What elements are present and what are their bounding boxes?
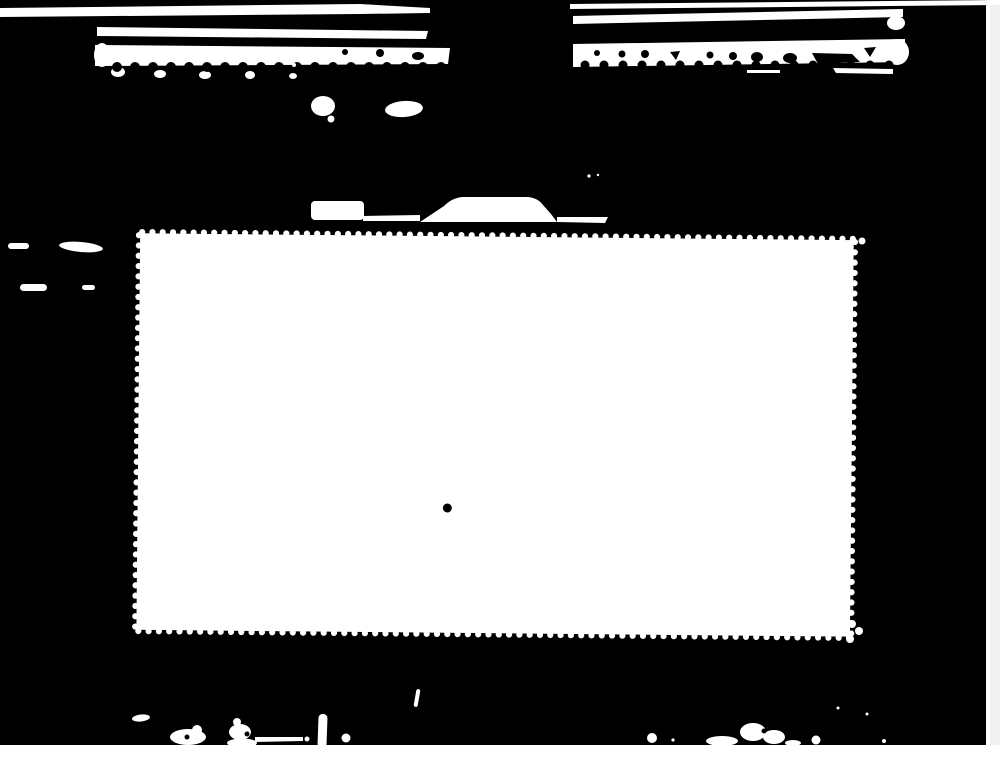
screen-scallop-top: [726, 235, 732, 241]
screen-scallop-top: [252, 230, 258, 236]
screen-scallop-right: [851, 373, 857, 379]
screen-scallop-left: [133, 490, 139, 496]
speck: [671, 738, 674, 741]
screen-scallop-bottom: [588, 632, 594, 638]
screen-scallop-top: [232, 230, 238, 236]
screen-scallop-bottom: [156, 628, 162, 634]
floor-blob-knob: [192, 725, 202, 735]
screen-scallop-bottom: [341, 630, 347, 636]
screen-group: [132, 229, 858, 641]
screen-scallop-top: [293, 230, 299, 236]
screen-scallop-left: [136, 263, 142, 269]
screen-scallop-bottom: [166, 628, 172, 634]
left-rail-hole: [376, 49, 384, 57]
screen-scallop-left: [133, 541, 139, 547]
screen-surface: [136, 233, 853, 636]
screen-scallop-left: [135, 366, 141, 372]
screen-black-dot: [443, 503, 452, 512]
ceiling-lamp-blob-left: [311, 96, 335, 116]
screen-scallop-bottom: [743, 634, 749, 640]
right-rail-tooth-notch: [866, 61, 875, 70]
screen-scallop-bottom: [310, 630, 316, 636]
mesa-connector-line: [363, 215, 420, 221]
screen-scallop-bottom: [557, 632, 563, 638]
screen-scallop-bottom: [238, 629, 244, 635]
screen-scallop-top: [335, 231, 341, 237]
screen-scallop-left: [136, 242, 142, 248]
screen-scallop-bottom: [681, 633, 687, 639]
screen-scallop-top: [324, 231, 330, 237]
right-rail-sliver: [833, 68, 893, 74]
screen-scallop-top: [664, 234, 670, 240]
screen-scallop-top: [355, 231, 361, 237]
speck: [837, 707, 840, 710]
screen-scallop-bottom: [331, 630, 337, 636]
screen-scallop-left: [135, 325, 141, 331]
screen-scallop-bottom: [578, 632, 584, 638]
screen-scallop-left: [133, 479, 139, 485]
speck: [292, 63, 296, 67]
screen-scallop-bottom: [609, 632, 615, 638]
left-rail-tooth-notch: [436, 62, 446, 72]
screen-scallop-bottom: [465, 631, 471, 637]
screen-scallop-bottom: [259, 629, 265, 635]
screen-scallop-left: [134, 459, 140, 465]
right-rail-hole: [783, 53, 797, 63]
mesa-mound: [420, 197, 557, 222]
left-dash: [20, 284, 47, 291]
screen-scallop-left: [135, 345, 141, 351]
screen-scallop-top: [489, 232, 495, 238]
screen-scallop-top: [839, 236, 845, 242]
screen-scallop-left: [133, 562, 139, 568]
screen-scallop-top: [675, 234, 681, 240]
left-rail-drip: [245, 71, 255, 79]
screen-scallop-bottom: [197, 628, 203, 634]
left-rail-tooth-notch: [148, 62, 158, 72]
screen-corner-blob: [846, 635, 854, 643]
bottom-margin-band: [0, 745, 1000, 758]
screen-scallop-bottom: [218, 629, 224, 635]
screen-scallop-bottom: [702, 633, 708, 639]
screen-scallop-left: [135, 294, 141, 300]
top-strip-right: [570, 0, 1000, 9]
right-rail-thin-end: [887, 16, 905, 30]
screen-scallop-top: [283, 230, 289, 236]
left-rail-tooth-notch: [202, 62, 212, 72]
screen-scallop-top: [736, 235, 742, 241]
screen-scallop-top: [829, 236, 835, 242]
screen-corner-blob: [855, 627, 863, 635]
screen-scallop-bottom: [547, 632, 553, 638]
screen-scallop-top: [808, 235, 814, 241]
screen-scallop-top: [716, 234, 722, 240]
screen-scallop-top: [685, 234, 691, 240]
screen-scallop-bottom: [145, 628, 151, 634]
left-rail-thin: [97, 27, 428, 39]
speck: [597, 174, 599, 176]
floor-blob-hole: [762, 729, 767, 734]
screen-scallop-left: [134, 417, 140, 423]
screen-scallop-left: [134, 438, 140, 444]
screen-scallop-top: [407, 231, 413, 237]
screen-scallop-top: [572, 233, 578, 239]
right-rail-hole: [594, 50, 600, 56]
screen-scallop-top: [747, 235, 753, 241]
screen-scallop-right: [851, 270, 857, 276]
left-rail-tooth-notch: [184, 62, 194, 72]
screen-scallop-right: [851, 332, 857, 338]
screen-scallop-left: [134, 376, 140, 382]
screen-scallop-right: [850, 393, 856, 399]
screen-scallop-top: [427, 232, 433, 238]
right-rail-tooth-notch: [695, 61, 704, 70]
screen-scallop-top: [819, 235, 825, 241]
right-rail-tooth-notch: [581, 61, 590, 70]
screen-scallop-left: [136, 232, 142, 238]
screen-scallop-bottom: [300, 629, 306, 635]
screen-scallop-top: [201, 230, 207, 236]
screen-scallop-bottom: [630, 633, 636, 639]
screen-scallop-top: [695, 234, 701, 240]
screen-scallop-top: [499, 232, 505, 238]
screen-scallop-right: [850, 476, 856, 482]
screen-scallop-top: [623, 234, 629, 240]
screen-scallop-top: [757, 235, 763, 241]
screen-scallop-bottom: [372, 630, 378, 636]
screen-scallop-bottom: [516, 632, 522, 638]
right-rail-tooth-notch: [714, 61, 723, 70]
screen-scallop-right: [851, 290, 857, 296]
floor-blob: [763, 730, 785, 744]
screen-scallop-right: [850, 404, 856, 410]
screen-scallop-left: [133, 520, 139, 526]
left-rail-drip: [199, 71, 211, 79]
screen-scallop-top: [180, 229, 186, 235]
screen-scallop-bottom: [599, 632, 605, 638]
screen-scallop-right: [848, 610, 854, 616]
screen-scallop-right: [849, 517, 855, 523]
left-rail-tooth-notch: [256, 62, 266, 72]
screen-scallop-top: [314, 231, 320, 237]
floor-blob-tail: [785, 740, 801, 746]
screen-scallop-bottom: [691, 633, 697, 639]
screen-scallop-top: [417, 232, 423, 238]
screen-scallop-bottom: [444, 631, 450, 637]
right-rail-tooth-notch: [657, 61, 666, 70]
floor-dot: [647, 733, 657, 743]
right-rail-tooth-notch: [619, 61, 628, 70]
screen-scallop-top: [170, 229, 176, 235]
screen-scallop-top: [458, 232, 464, 238]
screen-scallop-right: [849, 558, 855, 564]
screen-scallop-top: [510, 232, 516, 238]
screen-scallop-bottom: [475, 631, 481, 637]
right-rail-tooth-notch: [771, 61, 780, 70]
screen-corner-blob: [848, 620, 856, 628]
speck: [587, 174, 590, 177]
ceiling-lamp-blob-right: [384, 100, 423, 119]
left-rail-end-drip: [94, 43, 110, 67]
screen-scallop-bottom: [722, 634, 728, 640]
screen-scallop-top: [633, 234, 639, 240]
screen-scallop-left: [134, 469, 140, 475]
screen-scallop-right: [849, 486, 855, 492]
right-margin-line: [986, 4, 990, 754]
left-rail-tooth-notch: [400, 62, 410, 72]
screen-scallop-top: [541, 233, 547, 239]
right-rail-sliver: [747, 70, 780, 73]
screen-scallop-bottom: [784, 634, 790, 640]
screen-corner-dot: [859, 238, 866, 245]
screen-scallop-left: [134, 387, 140, 393]
screen-scallop-right: [852, 239, 858, 245]
screen-scallop-bottom: [660, 633, 666, 639]
screen-scallop-bottom: [382, 630, 388, 636]
left-rail-tooth-notch: [274, 62, 284, 72]
screen-scallop-top: [613, 233, 619, 239]
floor-line: [255, 737, 303, 742]
screen-scallop-top: [561, 233, 567, 239]
screen-scallop-right: [851, 311, 857, 317]
screen-scallop-left: [134, 428, 140, 434]
screen-scallop-top: [448, 232, 454, 238]
screen-scallop-bottom: [207, 629, 213, 635]
screen-scallop-bottom: [640, 633, 646, 639]
screen-scallop-bottom: [568, 632, 574, 638]
screen-scallop-bottom: [496, 631, 502, 637]
left-rail-tooth-notch: [166, 62, 176, 72]
screen-scallop-right: [851, 342, 857, 348]
screen-scallop-right: [849, 507, 855, 513]
screen-scallop-top: [221, 230, 227, 236]
screen-scallop-bottom: [424, 631, 430, 637]
screen-scallop-bottom: [671, 633, 677, 639]
screen-scallop-top: [376, 231, 382, 237]
screen-scallop-bottom: [413, 631, 419, 637]
screen-scallop-top: [438, 232, 444, 238]
screen-scallop-bottom: [393, 630, 399, 636]
screen-scallop-right: [851, 363, 857, 369]
screen-scallop-left: [135, 335, 141, 341]
mesa-right-line: [557, 217, 608, 223]
floor-dot: [305, 737, 310, 742]
screen-scallop-bottom: [815, 634, 821, 640]
screen-scallop-bottom: [187, 628, 193, 634]
left-rail-tooth-notch: [418, 62, 428, 72]
ceiling-lamp-dot: [328, 116, 335, 123]
screen-scallop-top: [386, 231, 392, 237]
floor-tick: [413, 689, 420, 707]
floor-blob: [706, 736, 738, 746]
screen-scallop-right: [850, 466, 856, 472]
screen-scallop-top: [582, 233, 588, 239]
screen-scallop-right: [851, 301, 857, 307]
screen-scallop-right: [850, 383, 856, 389]
left-rail-tooth-notch: [364, 62, 374, 72]
mesa-left-block: [311, 201, 364, 220]
screen-scallop-top: [242, 230, 248, 236]
screen-scallop-right: [851, 321, 857, 327]
screen-scallop-left: [133, 500, 139, 506]
speck: [882, 739, 886, 743]
screen-scallop-bottom: [733, 634, 739, 640]
left-rail-tooth-notch: [382, 62, 392, 72]
scene-svg: [0, 0, 1000, 758]
screen-scallop-left: [135, 304, 141, 310]
screen-scallop-top: [479, 232, 485, 238]
screen-scallop-left: [135, 273, 141, 279]
screen-scallop-top: [160, 229, 166, 235]
screen-scallop-bottom: [527, 632, 533, 638]
floor-blob-knob: [233, 718, 241, 726]
screen-scallop-right: [849, 579, 855, 585]
screen-scallop-bottom: [712, 633, 718, 639]
right-rail-tooth-notch: [885, 61, 894, 70]
screen-scallop-bottom: [506, 631, 512, 637]
screen-scallop-left: [132, 623, 138, 629]
left-rail-drip: [154, 70, 166, 78]
screen-scallop-bottom: [794, 634, 800, 640]
right-rail-tooth-notch: [600, 61, 609, 70]
screen-scallop-left: [133, 510, 139, 516]
screen-scallop-top: [644, 234, 650, 240]
screen-scallop-right: [848, 599, 854, 605]
screen-scallop-top: [520, 233, 526, 239]
right-rail-hole: [751, 52, 763, 62]
screen-scallop-right: [850, 424, 856, 430]
screen-scallop-right: [850, 414, 856, 420]
screen-scallop-bottom: [434, 631, 440, 637]
right-rail-hole: [729, 52, 737, 60]
screen-scallop-top: [788, 235, 794, 241]
screen-scallop-right: [850, 445, 856, 451]
screen-scallop-left: [132, 603, 138, 609]
screen-scallop-right: [849, 538, 855, 544]
screen-scallop-right: [852, 260, 858, 266]
screen-scallop-top: [705, 234, 711, 240]
screen-scallop-left: [135, 314, 141, 320]
left-dash: [82, 285, 95, 290]
left-rail-hole: [412, 52, 424, 60]
screen-scallop-right: [849, 548, 855, 554]
floor-dot: [342, 734, 351, 743]
left-dash: [8, 243, 29, 249]
screen-scallop-bottom: [774, 634, 780, 640]
screen-scallop-top: [345, 231, 351, 237]
floor-blob-hole: [185, 735, 190, 740]
screen-scallop-bottom: [825, 635, 831, 641]
screen-scallop-top: [592, 233, 598, 239]
screen-scallop-bottom: [362, 630, 368, 636]
floor-dot: [812, 736, 821, 745]
screen-scallop-right: [849, 527, 855, 533]
screen-scallop-top: [304, 231, 310, 237]
screen-scallop-left: [134, 397, 140, 403]
screen-scallop-left: [134, 448, 140, 454]
screen-scallop-left: [133, 572, 139, 578]
screen-scallop-bottom: [269, 629, 275, 635]
right-rail-tooth-notch: [733, 61, 742, 70]
left-rail-tooth-notch: [328, 62, 338, 72]
screen-scallop-bottom: [321, 630, 327, 636]
screen-scallop-right: [848, 589, 854, 595]
right-rail-hole: [707, 52, 714, 59]
left-rail-tooth-notch: [310, 62, 320, 72]
right-rail-hole: [619, 51, 626, 58]
screen-scallop-right: [849, 568, 855, 574]
screen-scallop-right: [850, 435, 856, 441]
screen-scallop-bottom: [228, 629, 234, 635]
screen-scallop-top: [469, 232, 475, 238]
screen-scallop-left: [136, 253, 142, 259]
left-rail-tooth-notch: [112, 62, 122, 72]
screen-scallop-bottom: [279, 629, 285, 635]
floor-bar: [317, 714, 327, 748]
screen-scallop-top: [798, 235, 804, 241]
screen-scallop-bottom: [650, 633, 656, 639]
screen-scallop-right: [850, 455, 856, 461]
left-rail-tooth-notch: [220, 62, 230, 72]
screen-scallop-left: [133, 551, 139, 557]
floor-blob-stem: [227, 739, 257, 748]
right-rail-tooth-notch: [809, 61, 818, 70]
screen-scallop-top: [149, 229, 155, 235]
screen-scallop-left: [133, 531, 139, 537]
screen-scallop-top: [767, 235, 773, 241]
screen-scallop-top: [396, 231, 402, 237]
screen-scallop-bottom: [403, 630, 409, 636]
screen-scallop-bottom: [619, 633, 625, 639]
screen-scallop-top: [530, 233, 536, 239]
screen-scallop-bottom: [836, 635, 842, 641]
screen-scallop-top: [551, 233, 557, 239]
screen-scallop-left: [134, 407, 140, 413]
screen-scallop-top: [273, 230, 279, 236]
left-rail-tooth-notch: [238, 62, 248, 72]
screen-scallop-bottom: [485, 631, 491, 637]
screen-scallop-top: [263, 230, 269, 236]
screen-scallop-right: [852, 249, 858, 255]
screen-scallop-bottom: [537, 632, 543, 638]
screen-scallop-left: [132, 593, 138, 599]
floor-blob-hole: [245, 732, 250, 737]
screen-scallop-left: [135, 356, 141, 362]
screen-scallop-top: [366, 231, 372, 237]
screen-scallop-bottom: [248, 629, 254, 635]
screen-scallop-right: [849, 496, 855, 502]
screen-scallop-left: [132, 582, 138, 588]
screen-scallop-top: [654, 234, 660, 240]
right-rail-tooth-notch: [638, 61, 647, 70]
left-rail-tooth-notch: [346, 62, 356, 72]
screen-scallop-right: [851, 280, 857, 286]
screen-scallop-right: [851, 352, 857, 358]
screen-scallop-top: [190, 229, 196, 235]
binarized-threshold-image: [0, 0, 1000, 758]
screen-scallop-bottom: [454, 631, 460, 637]
left-rail-hole: [342, 49, 348, 55]
left-rail-thick: [95, 45, 450, 66]
screen-scallop-bottom: [805, 634, 811, 640]
screen-scallop-top: [778, 235, 784, 241]
screen-scallop-bottom: [763, 634, 769, 640]
screen-scallop-bottom: [753, 634, 759, 640]
screen-scallop-bottom: [176, 628, 182, 634]
left-dash: [59, 240, 104, 254]
right-rail-hole: [641, 50, 649, 58]
floor-dash-pair: [132, 714, 151, 723]
